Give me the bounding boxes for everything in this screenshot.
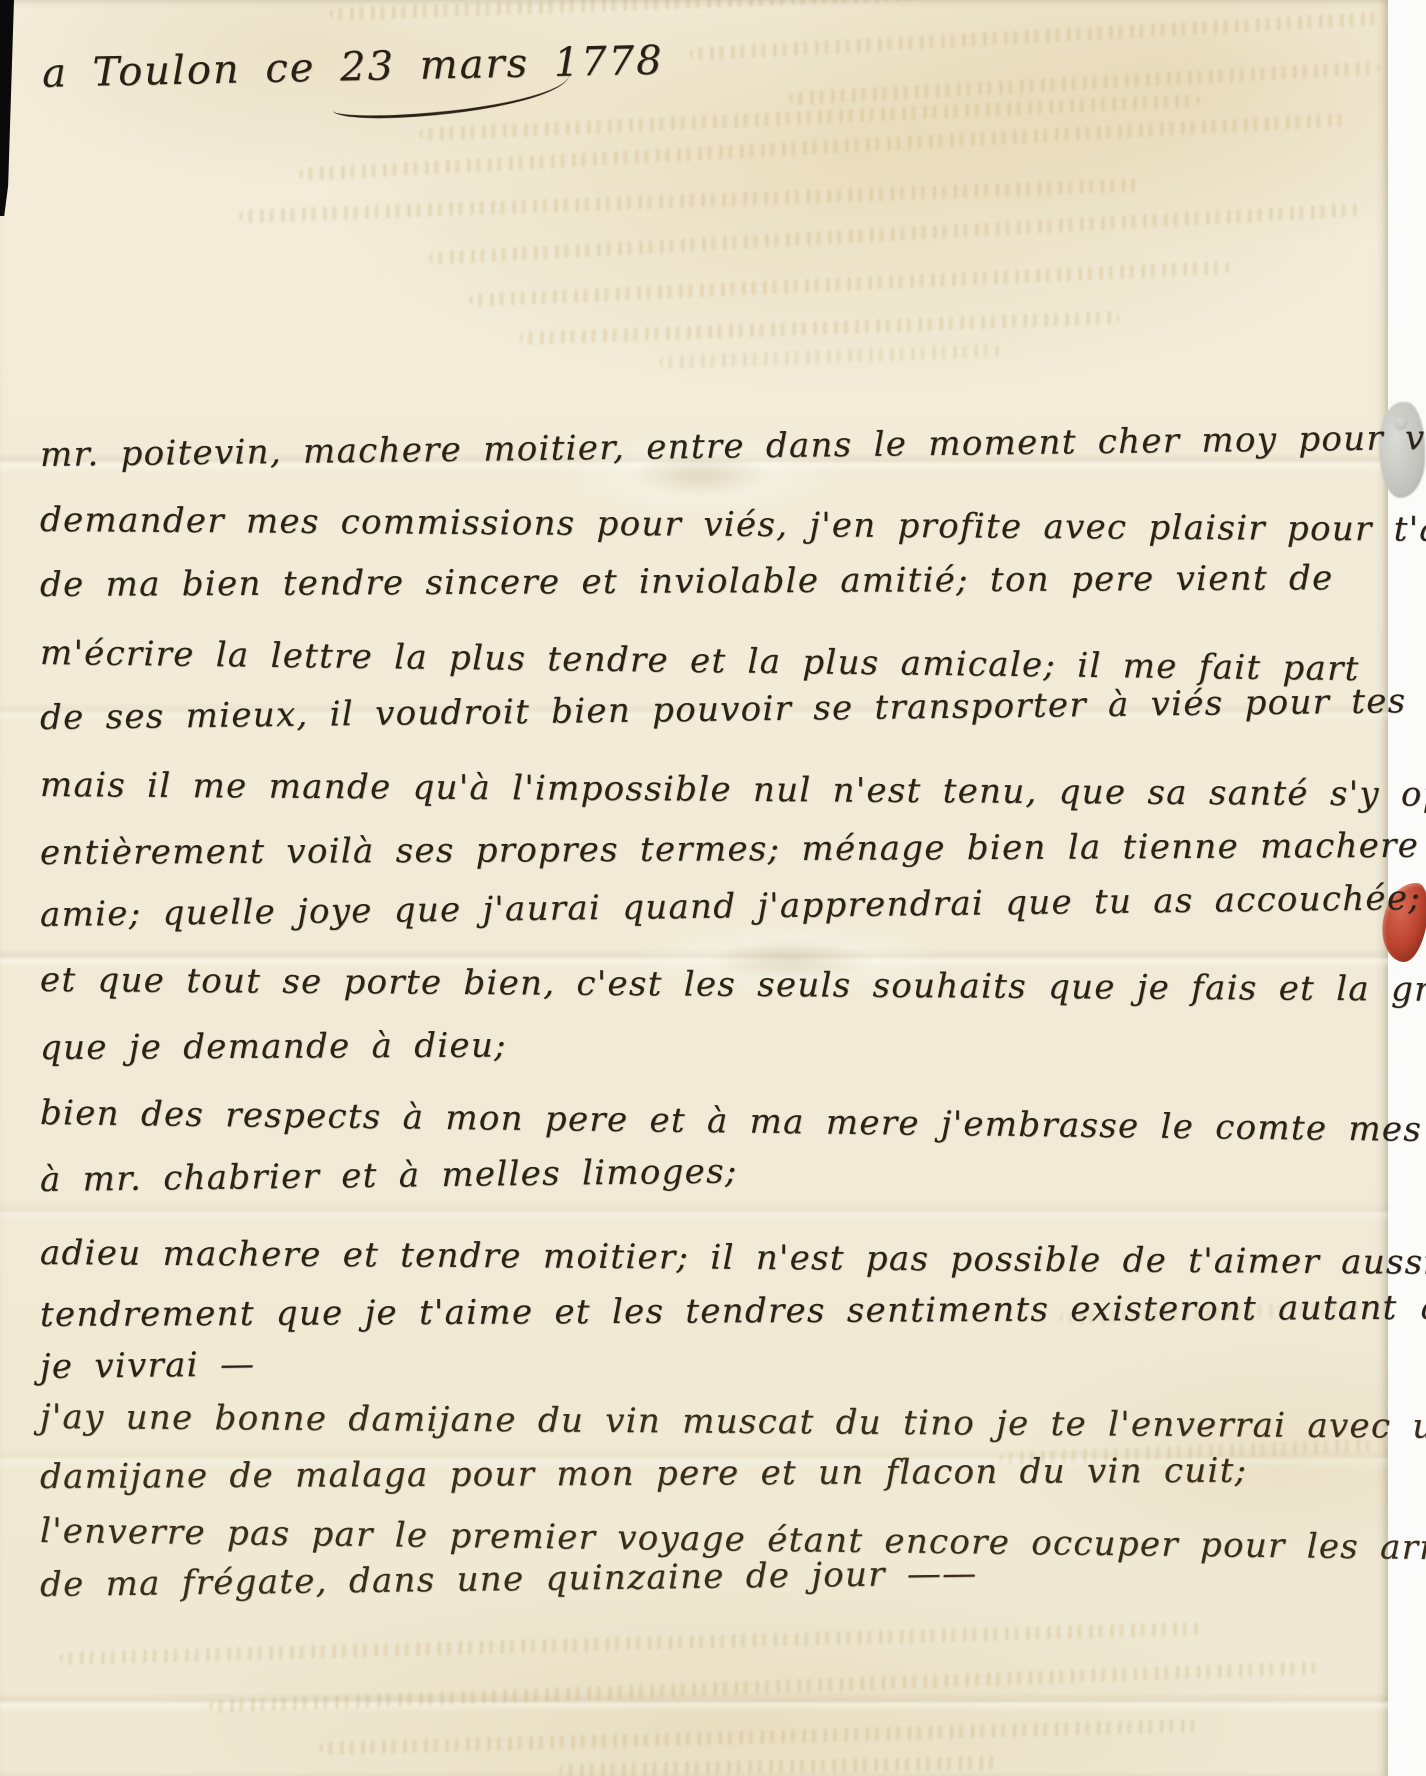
letter-line: mr. poitevin, machere moitier, entre dan… — [40, 417, 1426, 475]
letter-line: tendrement que je t'aime et les tendres … — [40, 1287, 1426, 1335]
letter-line: adieu machere et tendre moitier; il n'es… — [40, 1233, 1426, 1283]
letter-line: amie; quelle joye que j'aurai quand j'ap… — [40, 878, 1421, 935]
letter-line: que je demande à dieu; — [40, 1026, 507, 1068]
letter-line: j'ay une bonne damijane du vin muscat du… — [40, 1397, 1426, 1447]
letter-body: mr. poitevin, machere moitier, entre dan… — [40, 415, 1384, 1645]
letter-line: bien des respects à mon pere et à ma mer… — [40, 1093, 1426, 1152]
letter-line: m'écrire la lettre la plus tendre et la … — [40, 633, 1360, 689]
letter-line: je vivrai — — [40, 1344, 256, 1387]
letter-line: mais il me mande qu'à l'impossible nul n… — [40, 765, 1426, 815]
letter-line: entièrement voilà ses propres termes; mé… — [40, 826, 1419, 873]
letter-line: damijane de malaga pour mon pere et un f… — [40, 1451, 1248, 1497]
letter-line: de ses mieux, il voudroit bien pouvoir s… — [40, 679, 1426, 738]
letter-line: et que tout se porte bien, c'est les seu… — [40, 960, 1426, 1010]
letter-line: à mr. chabrier et à melles limoges; — [40, 1151, 738, 1200]
letter-line: de ma frégate, dans une quinzaine de jou… — [40, 1554, 978, 1605]
scanned-letter: a Toulon ce 23 mars 1778 mr. poitevin, m… — [0, 0, 1426, 1776]
letter-line: de ma bien tendre sincere et inviolable … — [40, 558, 1334, 605]
letter-line: demander mes commissions pour viés, j'en… — [40, 500, 1426, 551]
